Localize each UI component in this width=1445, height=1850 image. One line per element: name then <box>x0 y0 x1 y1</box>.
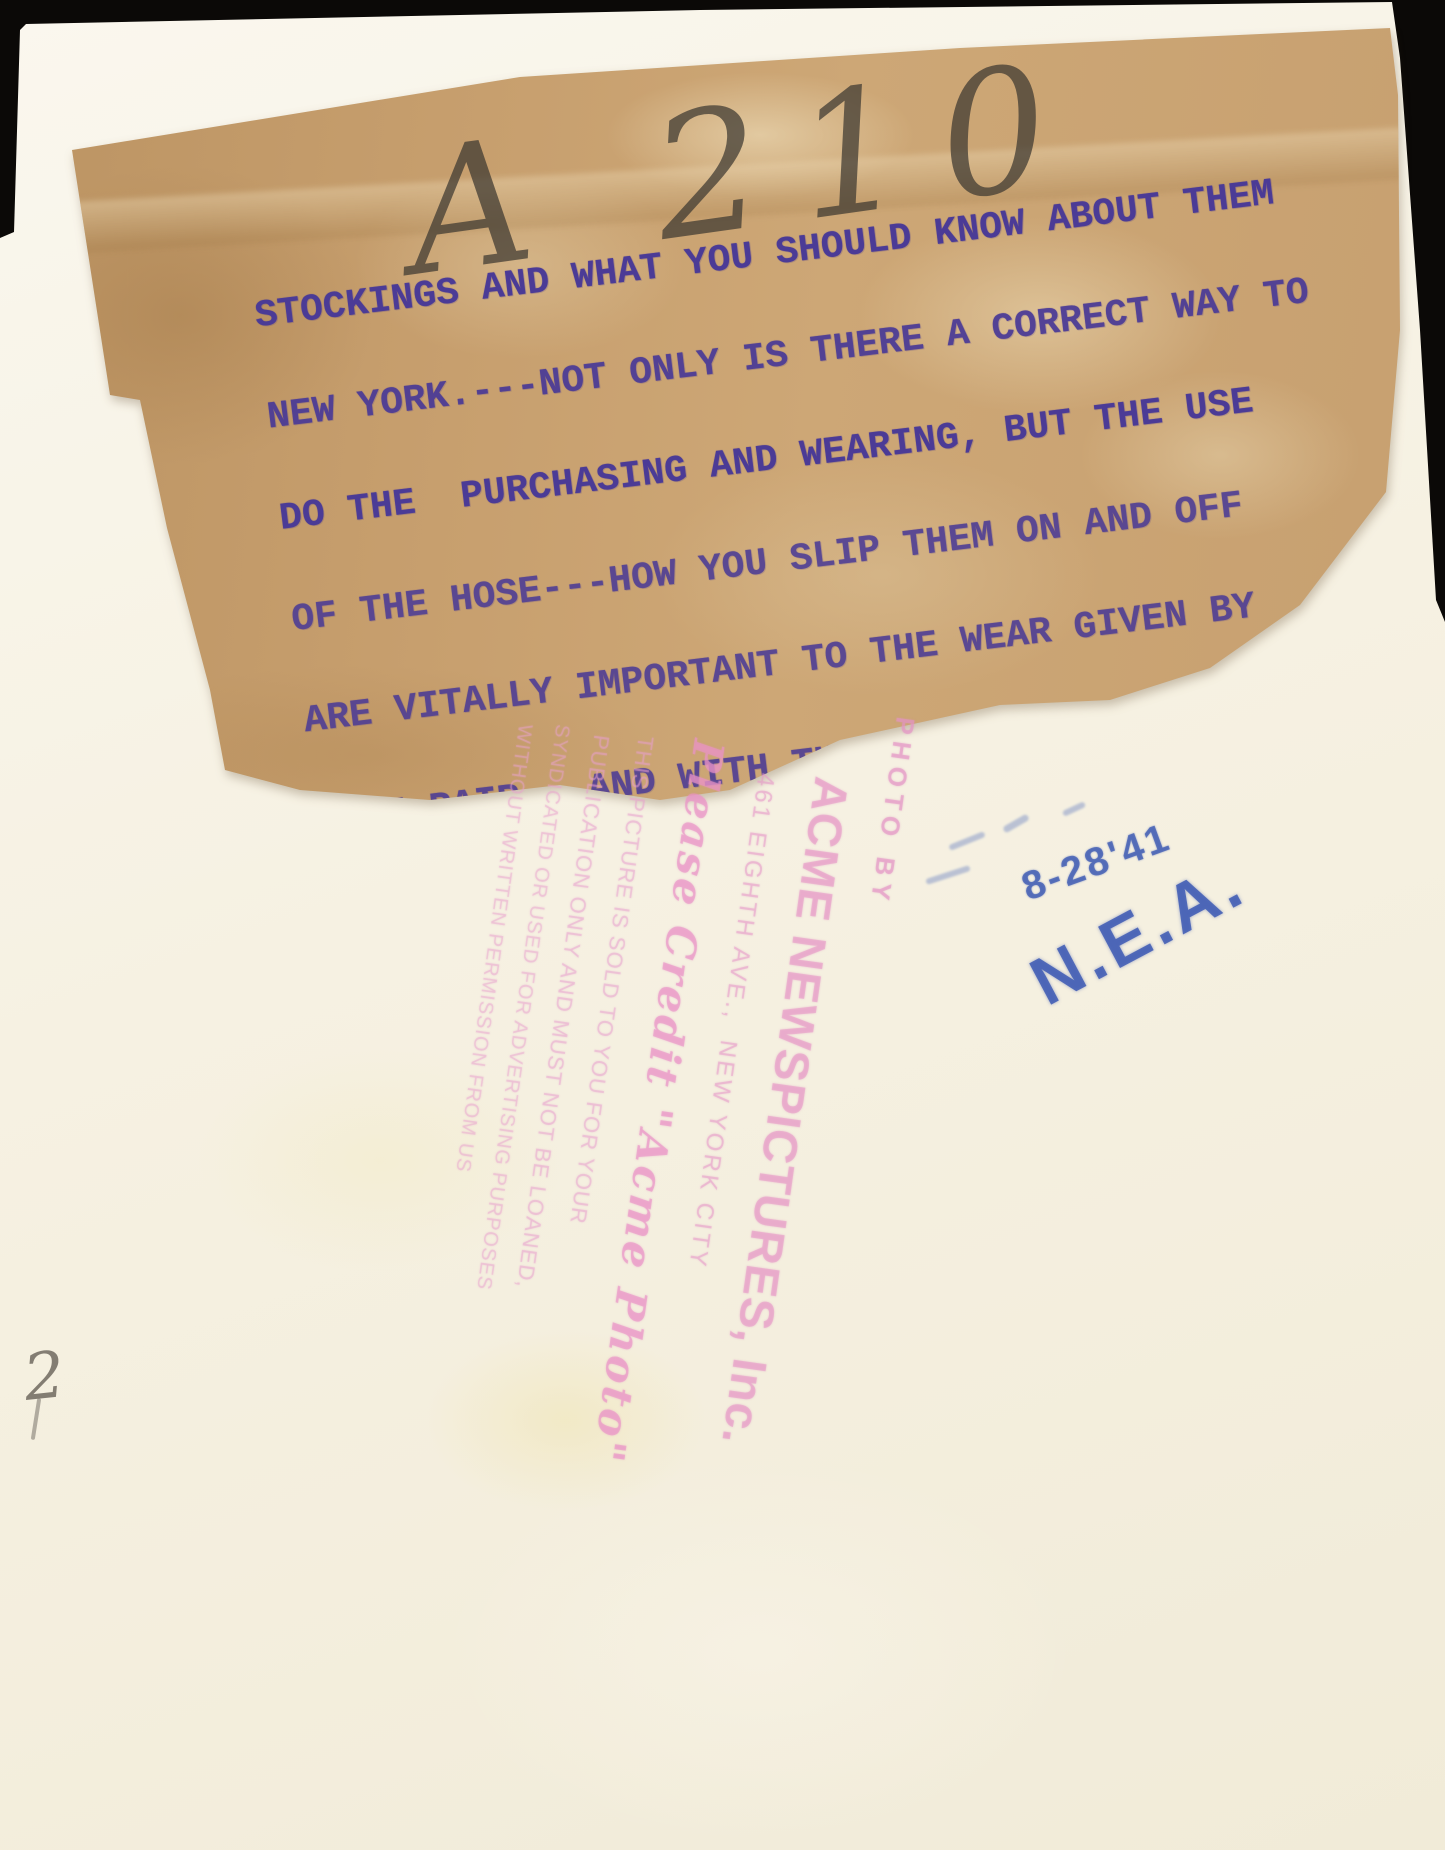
scanned-photo-back: STOCKINGS AND WHAT YOU SHOULD KNOW ABOUT… <box>0 0 1445 1850</box>
pencil-annotation-bottom: 2 <box>20 1338 68 1416</box>
